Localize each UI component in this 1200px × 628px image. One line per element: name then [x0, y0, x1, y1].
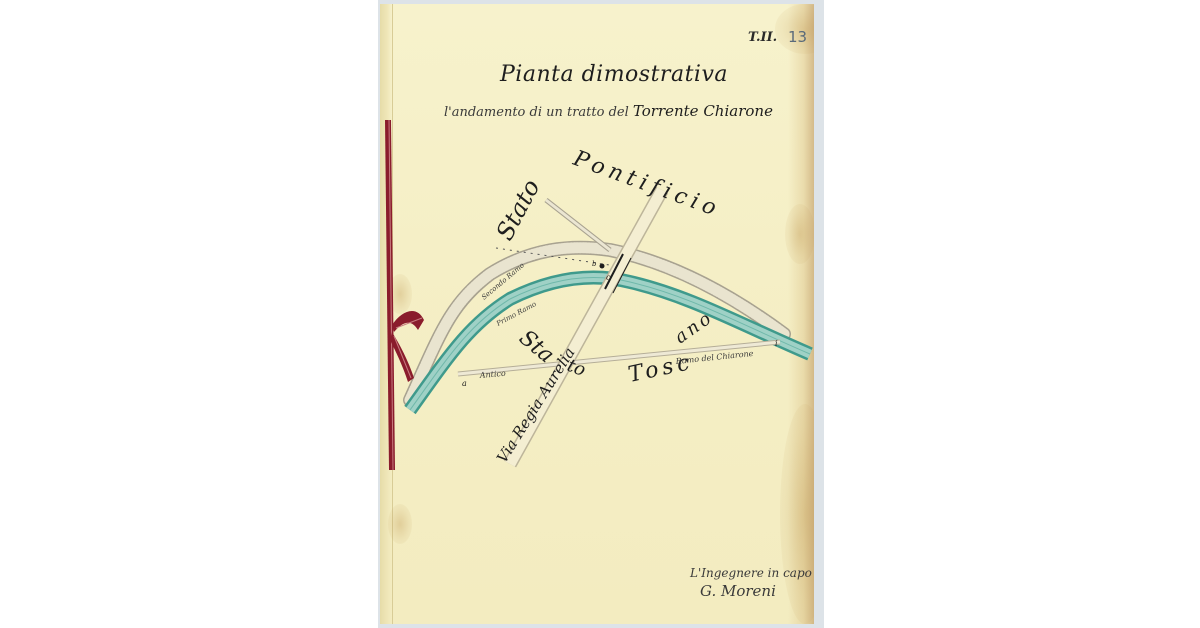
label-stato-north: Stato — [491, 175, 546, 245]
map-sheet: T.II. 13 Pianta dimostrativa l'andamento… — [380, 4, 814, 624]
binding-ribbon — [382, 120, 432, 470]
point-b-marker — [600, 264, 605, 269]
label-point-c: c — [606, 273, 611, 282]
engineer-signature: L'Ingegnere in capo G. Moreni — [690, 564, 812, 600]
image-viewer: T.II. 13 Pianta dimostrativa l'andamento… — [0, 0, 1200, 628]
label-point-b: b — [592, 260, 597, 268]
map-drawing: Stato Pontificio Sta to Tosc ano Via Reg… — [380, 4, 814, 624]
label-point-a: a — [462, 379, 467, 388]
label-antico: Antico — [478, 369, 506, 380]
signature-line: L'Ingegnere in capo — [690, 566, 812, 580]
label-point-i: i — [775, 339, 778, 348]
signature-name: G. Moreni — [690, 582, 812, 600]
